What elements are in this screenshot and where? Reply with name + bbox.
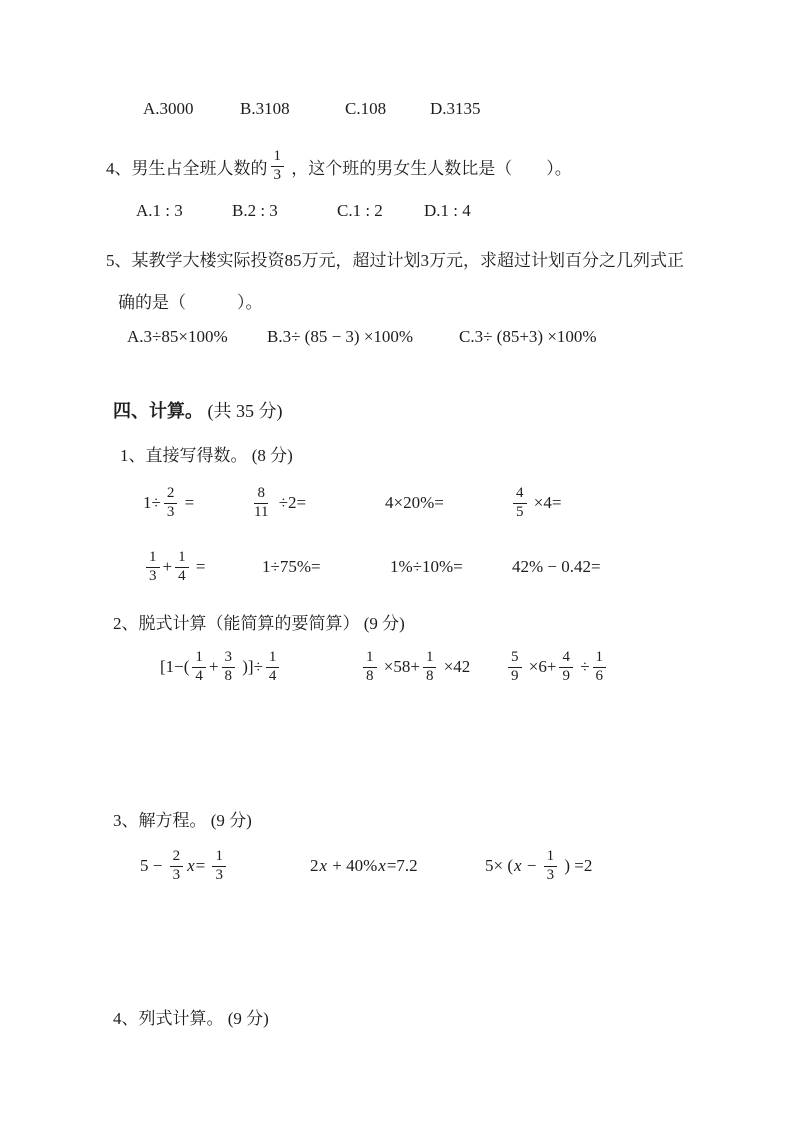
calc-row1-expr2: 811 ÷2= xyxy=(248,477,306,529)
fraction: 14 xyxy=(175,549,189,585)
exam-page: A.3000 B.3108 C.108 D.3135 4、男生占全班人数的13 … xyxy=(0,0,793,1122)
equation-2: 2x + 40%x=7.2 xyxy=(310,838,418,894)
q4-option-a: A.1 : 3 xyxy=(136,201,183,221)
calc-row1-expr3: 4×20%= xyxy=(385,477,444,529)
question-5-text-line2: 确的是（ ）。 xyxy=(118,288,263,313)
question-5-text-line1: 5、某教学大楼实际投资85万元，超过计划3万元，求超过计划百分之几列式正 xyxy=(106,246,684,271)
part-1-label: 1、直接写得数。 (8 分) xyxy=(120,441,293,466)
equation-3: 5× (x − 13 ) =2 xyxy=(485,838,592,894)
calc-row1-expr1: 1÷23 = xyxy=(143,477,194,529)
fraction: 18 xyxy=(363,649,377,685)
fraction: 811 xyxy=(251,485,271,521)
fraction: 38 xyxy=(222,649,236,685)
part-3-label: 3、解方程。 (9 分) xyxy=(113,806,252,831)
calc-row2-expr1: 13+14 = xyxy=(143,541,205,593)
calc-row2-expr3: 1%÷10%= xyxy=(390,541,463,593)
section-4-heading-points: (共 35 分) xyxy=(203,401,283,421)
section-4-heading: 四、计算。 (共 35 分) xyxy=(113,397,283,423)
fraction: 13 xyxy=(146,549,160,585)
fraction: 18 xyxy=(423,649,437,685)
calc-row2-expr4: 42% − 0.42= xyxy=(512,541,601,593)
calc-row1-expr4: 45 ×4= xyxy=(510,477,561,529)
fraction: 13 xyxy=(544,848,558,884)
fraction: 49 xyxy=(559,649,573,685)
fraction: 13 xyxy=(212,848,226,884)
q4-option-b: B.2 : 3 xyxy=(232,201,278,221)
fraction: 13 xyxy=(271,148,285,184)
calc-row2-expr2: 1÷75%= xyxy=(262,541,321,593)
q4-option-c: C.1 : 2 xyxy=(337,201,383,221)
fraction: 23 xyxy=(170,848,184,884)
question-4-text: 4、男生占全班人数的13 ，这个班的男女生人数比是（ ）。 xyxy=(106,138,572,194)
part-2-label: 2、脱式计算（能简算的要简算） (9 分) xyxy=(113,609,405,634)
q3-option-a: A.3000 xyxy=(143,99,194,119)
fraction: 23 xyxy=(164,485,178,521)
fraction: 16 xyxy=(593,649,607,685)
q4-option-d: D.1 : 4 xyxy=(424,201,471,221)
q3-option-c: C.108 xyxy=(345,99,386,119)
equation-1: 5 − 23x= 13 xyxy=(140,838,229,894)
q5-option-c: C.3÷ (85+3) ×100% xyxy=(459,327,597,347)
q3-option-d: D.3135 xyxy=(430,99,481,119)
part-4-label: 4、列式计算。 (9 分) xyxy=(113,1004,269,1029)
calc-row3-expr2: 18 ×58+18 ×42 xyxy=(360,641,470,693)
fraction: 45 xyxy=(513,485,527,521)
section-4-heading-title: 四、计算。 xyxy=(113,401,203,421)
calc-row3-expr1: [1−(14+38 )]÷14 xyxy=(160,641,282,693)
fraction: 59 xyxy=(508,649,522,685)
q5-option-b: B.3÷ (85 − 3) ×100% xyxy=(267,327,413,347)
calc-row3-expr3: 59 ×6+49 ÷16 xyxy=(505,641,609,693)
fraction: 14 xyxy=(192,649,206,685)
q3-option-b: B.3108 xyxy=(240,99,290,119)
fraction: 14 xyxy=(266,649,280,685)
q5-option-a: A.3÷85×100% xyxy=(127,327,228,347)
